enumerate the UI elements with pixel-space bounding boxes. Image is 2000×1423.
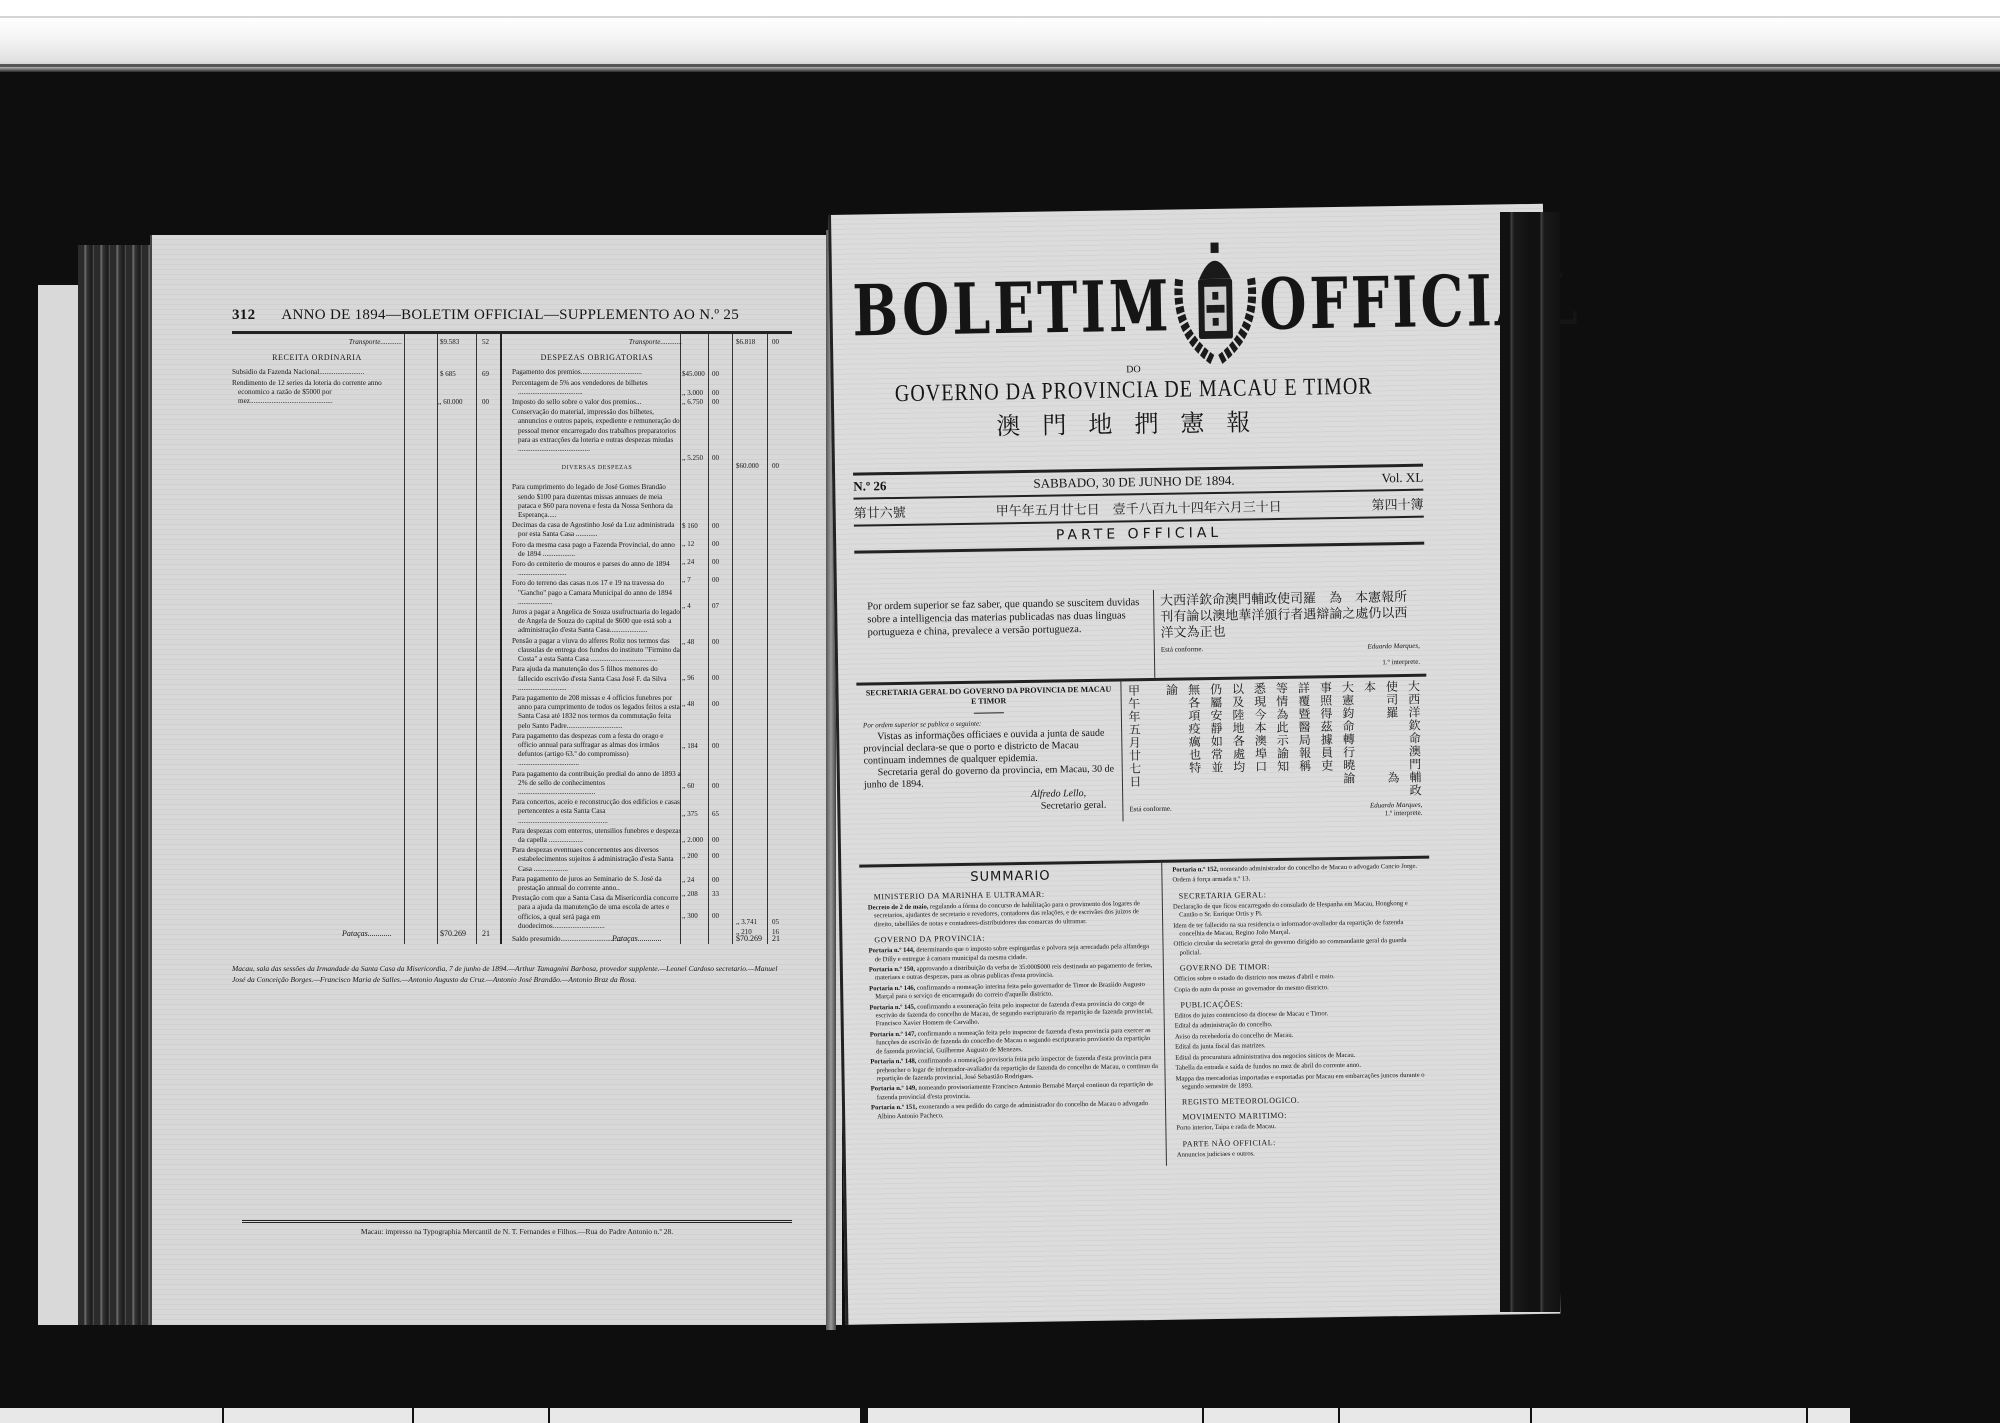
despeza-value: ,, 184 xyxy=(682,742,698,750)
despeza-value: $ 160 xyxy=(682,522,698,530)
transporte-label: Transporte............ xyxy=(512,338,682,347)
transporte-cents: 52 xyxy=(482,338,489,346)
summario-item: Portaria n.º 150, approvando a distribui… xyxy=(867,962,1157,983)
obrigatorias-subtotal: $60.000 xyxy=(736,462,759,470)
despeza-entry: Foro do cemiterio de mouros e parses do … xyxy=(512,560,682,578)
diversas-subtotal-cents: 05 xyxy=(772,918,779,926)
cn-column: 大憲鈞命轉行曉諭 xyxy=(1339,681,1358,798)
despeza-cents: 00 xyxy=(712,836,719,844)
summario-item: Ordem á força armada n.º 13. xyxy=(1170,873,1421,885)
transporte-value: $6.818 xyxy=(736,338,755,346)
summario-item: Portaria n.º 149, nomeando provisoriamen… xyxy=(869,1081,1159,1102)
signature-block: Macau, sala das sessões da Irmandade da … xyxy=(232,963,792,985)
secretaria-title: SECRETARIA GERAL DO GOVERNO DA PROVINCIA… xyxy=(862,685,1114,709)
printer-imprint: Macau: impresso na Typographia Mercantil… xyxy=(242,1220,792,1236)
page-number: 312 xyxy=(232,307,255,324)
despeza-value: $45.000 xyxy=(682,370,705,378)
summario-item: Portaria n.º 146, confirmando a nomeação… xyxy=(867,981,1157,1002)
despeza-entry: Para despezas com enterros, utensilios f… xyxy=(512,827,682,845)
secretaria-chinese-columns: 大西洋欽命澳門輔政 使司羅 為 本 大憲鈞命轉行曉諭 事照得茲據員吏 詳覆暨醫局… xyxy=(1121,676,1428,806)
summario-item: Officio circular da secretaria geral do … xyxy=(1171,937,1422,958)
despeza-entry: Decimas da casa de Agostinho José da Luz… xyxy=(512,521,682,539)
despeza-entry: Para pagamento das despezas com a festa … xyxy=(512,732,682,769)
issue-volume: Vol. XL xyxy=(1381,470,1423,487)
despeza-value: ,, 7 xyxy=(682,576,691,584)
receita-total-label: Pataças............ xyxy=(342,929,392,938)
summario-item: Copia do auto da posse ao governador do … xyxy=(1172,982,1423,994)
transporte-value: $9.583 xyxy=(440,338,459,346)
despeza-cents: 65 xyxy=(712,810,719,818)
despeza-value: ,, 3.000 xyxy=(682,389,703,397)
despeza-entry: Prestação com que a Santa Casa da Miseri… xyxy=(512,894,682,931)
secretaria-geral-notice: SECRETARIA GERAL DO GOVERNO DA PROVINCIA… xyxy=(856,676,1428,826)
summario-item: Annuncios judiciaes e outros. xyxy=(1175,1147,1426,1159)
column-rule xyxy=(404,334,405,944)
despezas-total-value: $70.269 xyxy=(736,934,762,943)
despeza-cents: 00 xyxy=(712,742,719,750)
despeza-entry: Foro do terreno das casas n.os 17 e 19 n… xyxy=(512,579,682,607)
column-rule xyxy=(437,334,438,944)
issue-date: SABBADO, 30 DE JUNHO DE 1894. xyxy=(1033,473,1234,492)
despeza-entry: Para pagamento de juros ao Seminario de … xyxy=(512,875,682,893)
receita-cents: 69 xyxy=(482,370,489,378)
cn-date-column: 甲午年五月廿七日 xyxy=(1125,684,1144,801)
summario-column-1: SUMMARIO MINISTERIO DA MARINHA E ULTRAMA… xyxy=(859,863,1166,1171)
despeza-cents: 00 xyxy=(712,558,719,566)
despeza-value: ,, 208 xyxy=(682,890,698,898)
receita-entry: Subsidio da Fazenda Nacional............… xyxy=(232,368,402,377)
despeza-cents: 00 xyxy=(712,522,719,530)
receita-title: RECEITA ORDINARIA xyxy=(232,353,402,362)
summario-item: Mappa das mercadorias importadas e expor… xyxy=(1174,1071,1425,1092)
secretaria-signer-role: Secretario geral. xyxy=(864,800,1116,816)
summario-heading: GOVERNO DA PROVINCIA: xyxy=(874,931,1156,944)
cn-column: 詳覆暨醫局報稱 xyxy=(1295,681,1314,798)
receita-cents: 00 xyxy=(482,398,489,406)
column-rule xyxy=(732,334,733,944)
despeza-value: ,, 48 xyxy=(682,700,694,708)
summario-item: Portaria n.º 148, confirmando a nomeação… xyxy=(868,1054,1158,1084)
despeza-value: ,, 375 xyxy=(682,810,698,818)
running-head-title: ANNO DE 1894—BOLETIM OFFICIAL—SUPPLEMENT… xyxy=(281,307,739,324)
despeza-entry: Para pagamento da contribuição predial d… xyxy=(512,770,682,798)
summario-heading: MINISTERIO DA MARINHA E ULTRAMAR: xyxy=(874,888,1156,901)
summario-heading: MOVIMENTO MARITIMO: xyxy=(1182,1109,1425,1122)
right-page: BOLETIM OFFICIAL DO GOVERNO DA PROVINCIA… xyxy=(828,204,1560,1325)
masthead: BOLETIM OFFICIAL DO GOVERNO DA PROVINCIA… xyxy=(851,216,1414,444)
summario-heading: REGISTO METEOROLOGICO. xyxy=(1182,1094,1425,1107)
despeza-entry: Para ajuda da manutenção dos 5 filhos me… xyxy=(512,665,682,693)
cn-column: 諭 xyxy=(1163,684,1182,801)
film-mark xyxy=(412,1408,414,1423)
despeza-cents: 00 xyxy=(712,876,719,884)
film-edge-line xyxy=(0,64,2000,67)
despeza-entry: Percentagem de 5% aos vendedores de bilh… xyxy=(512,379,682,397)
transporte-label: Transporte............ xyxy=(232,338,402,347)
despeza-value: ,, 12 xyxy=(682,540,694,548)
despeza-cents: 00 xyxy=(712,638,719,646)
cn-column: 以及陸地各處均 xyxy=(1229,682,1248,799)
loose-leaf-edge xyxy=(38,285,83,1325)
title-boletim: BOLETIM xyxy=(852,264,1172,352)
summario: SUMMARIO MINISTERIO DA MARINHA E ULTRAMA… xyxy=(859,856,1434,1171)
film-mark xyxy=(1530,1408,1532,1423)
notice-conforme: Está conforme. xyxy=(1161,641,1204,658)
column-rule xyxy=(708,334,709,944)
cn-column: 事照得茲據員吏 xyxy=(1317,681,1336,798)
issue-date-cn: 甲午年五月廿七日 壹千八百九十四年六月三十日 xyxy=(995,496,1281,519)
despeza-value: ,, 60 xyxy=(682,782,694,790)
despeza-entry: Para pagamento de 208 missas e 4 officio… xyxy=(512,694,682,731)
summario-column-2: Portaria n.º 152, nomeando administrador… xyxy=(1161,859,1434,1166)
notice-chinese: 大西洋欽命澳門輔政使司羅 為 本憲報所刊有論以澳地華洋頒行者遇辯論之處仍以西洋文… xyxy=(1154,586,1426,678)
film-mark xyxy=(860,1408,868,1423)
despeza-value: ,, 2.000 xyxy=(682,836,703,844)
film-mark xyxy=(222,1408,224,1423)
despeza-entry: Imposto do sello sobre o valor dos premi… xyxy=(512,398,682,407)
cn-column: 等情為此示諭知 xyxy=(1273,682,1292,799)
summario-heading: PUBLICAÇÕES: xyxy=(1180,997,1423,1010)
receita-value: $ 685 xyxy=(440,370,456,378)
summario-item: Decreto de 2 de maio, regulando a fórma … xyxy=(866,900,1156,930)
despeza-entry: Para cumprimento do legado de José Gomes… xyxy=(512,483,682,520)
receita-total-value: $70.269 xyxy=(440,929,466,938)
secretaria-body: Vistas as informações officiaes e ouvida… xyxy=(863,728,1116,768)
notice-portuguese: Por ordem superior se faz saber, que qua… xyxy=(855,590,1155,683)
despeza-value: ,, 48 xyxy=(682,638,694,646)
issue-number-cn: 第廿六號 xyxy=(854,502,906,522)
despeza-value: ,, 6.750 xyxy=(682,398,703,406)
summario-heading: GOVERNO DE TIMOR: xyxy=(1180,960,1423,973)
issue-number: N.º 26 xyxy=(853,478,886,495)
despeza-cents: 00 xyxy=(712,576,719,584)
obrigatorias-subtotal-cents: 00 xyxy=(772,462,779,470)
summario-item: Portaria n.º 147, confirmando a nomeação… xyxy=(868,1027,1158,1057)
despeza-entry: Pensão a pagar a viuva do alferes Roliz … xyxy=(512,637,682,665)
cn-column: 本 xyxy=(1361,680,1380,797)
column-rule xyxy=(500,334,502,944)
film-mark xyxy=(1202,1408,1204,1423)
receita-total-cents: 21 xyxy=(482,929,490,938)
microfilm-bottom-edge xyxy=(0,1408,1850,1423)
despezas-column: Transporte............ DESPEZAS OBRIGATO… xyxy=(512,338,682,945)
summario-item: Porto interior, Taipa e rada de Macau. xyxy=(1174,1121,1425,1133)
notice-signer: Eduardo Marques, xyxy=(1367,638,1420,655)
diversas-title: DIVERSAS DESPEZAS xyxy=(512,464,682,473)
summario-item: Portaria n.º 144, determinando que o imp… xyxy=(867,943,1157,964)
film-mark xyxy=(1338,1408,1340,1423)
despeza-entry: Para concertos, aceio e reconstrucção do… xyxy=(512,798,682,826)
despeza-cents: 00 xyxy=(712,852,719,860)
despeza-entry: Conservação do material, impressão dos b… xyxy=(512,408,682,454)
obrigatorias-title: DESPEZAS OBRIGATORIAS xyxy=(512,353,682,362)
despeza-cents: 00 xyxy=(712,912,719,920)
summario-heading: SECRETARIA GERAL: xyxy=(1179,888,1422,901)
despeza-value: ,, 24 xyxy=(682,558,694,566)
despeza-entry: Para despezas eventuaes concernentes aos… xyxy=(512,846,682,874)
despeza-value: ,, 200 xyxy=(682,852,698,860)
notice-chinese-text: 大西洋欽命澳門輔政使司羅 為 本憲報所刊有論以澳地華洋頒行者遇辯論之處仍以西洋文… xyxy=(1160,590,1420,642)
despeza-cents: 00 xyxy=(712,370,719,378)
despezas-total-cents: 21 xyxy=(772,934,780,943)
coat-of-arms-icon xyxy=(1170,239,1260,370)
microfilm-top-edge xyxy=(0,0,2000,72)
despeza-value: ,, 300 xyxy=(682,912,698,920)
despeza-cents: 00 xyxy=(712,454,719,462)
despeza-value: ,, 4 xyxy=(682,602,691,610)
left-page: 312 ANNO DE 1894—BOLETIM OFFICIAL—SUPPLE… xyxy=(150,235,842,1325)
cn-column: 無各項疫癘也特 xyxy=(1185,683,1204,800)
summario-heading: PARTE NÃO OFFICIAL: xyxy=(1183,1135,1426,1148)
summario-item: Portaria n.º 151, exonerando a seu pedid… xyxy=(869,1100,1159,1121)
secretaria-portuguese: SECRETARIA GERAL DO GOVERNO DA PROVINCIA… xyxy=(856,680,1123,825)
despeza-entry: Juros a pagar a Angelica de Souza usufru… xyxy=(512,608,682,636)
despeza-value: ,, 5.250 xyxy=(682,454,703,462)
despeza-entry: Pagamento dos premios...................… xyxy=(512,368,682,377)
cn-column: 悉現今本澳埠口 xyxy=(1251,682,1270,799)
cn-column: 仍屬安靜如常並 xyxy=(1207,683,1226,800)
receita-column: Transporte............ RECEITA ORDINARIA… xyxy=(232,338,402,407)
film-mark xyxy=(548,1408,550,1423)
despeza-value: ,, 24 xyxy=(682,876,694,884)
despeza-cents: 00 xyxy=(712,389,719,397)
summario-title: SUMMARIO xyxy=(865,867,1155,887)
receita-entry: Rendimento de 12 series da loteria do co… xyxy=(232,379,402,407)
summario-item: Declaração de que ficou encarregado do c… xyxy=(1171,900,1422,921)
summario-item: Idem de ter fallecido na sua residencia … xyxy=(1171,918,1422,939)
receita-value: ,, 60.000 xyxy=(438,398,463,406)
masthead-title: BOLETIM OFFICIAL xyxy=(851,237,1413,376)
language-notice: Por ordem superior se faz saber, que qua… xyxy=(855,586,1426,686)
divider xyxy=(974,712,1004,713)
despeza-cents: 33 xyxy=(712,890,719,898)
issue-info: N.º 26 SABBADO, 30 DE JUNHO DE 1894. Vol… xyxy=(853,464,1424,554)
budget-table: Transporte............ RECEITA ORDINARIA… xyxy=(232,331,792,944)
diversas-subtotal: ,, 3.741 xyxy=(736,918,757,926)
despezas-total-label: Pataças............ xyxy=(612,934,662,943)
running-head: 312 ANNO DE 1894—BOLETIM OFFICIAL—SUPPLE… xyxy=(232,307,792,324)
column-rule xyxy=(476,334,477,944)
secretaria-chinese: 大西洋欽命澳門輔政 使司羅 為 本 大憲鈞命轉行曉諭 事照得茲據員吏 詳覆暨醫局… xyxy=(1121,676,1428,822)
despeza-cents: 00 xyxy=(712,398,719,406)
film-mark xyxy=(1806,1408,1808,1423)
cn-column: 使司羅 為 xyxy=(1383,680,1402,797)
despeza-entry: Foro da mesma casa pago a Fazenda Provin… xyxy=(512,541,682,559)
despeza-value: ,, 96 xyxy=(682,674,694,682)
book-page-edges-left xyxy=(78,245,158,1325)
book-page-edges-right xyxy=(1500,212,1560,1312)
column-rule xyxy=(767,334,768,944)
despeza-cents: 07 xyxy=(712,602,719,610)
issue-volume-cn: 第四十簿 xyxy=(1371,494,1423,514)
despeza-cents: 00 xyxy=(712,674,719,682)
summario-item: Portaria n.º 145, confirmando a exoneraç… xyxy=(867,1000,1157,1030)
despeza-cents: 00 xyxy=(712,700,719,708)
transporte-cents: 00 xyxy=(772,338,779,346)
despeza-cents: 00 xyxy=(712,540,719,548)
cn-column: 大西洋欽命澳門輔政 xyxy=(1405,680,1424,797)
despeza-cents: 00 xyxy=(712,782,719,790)
